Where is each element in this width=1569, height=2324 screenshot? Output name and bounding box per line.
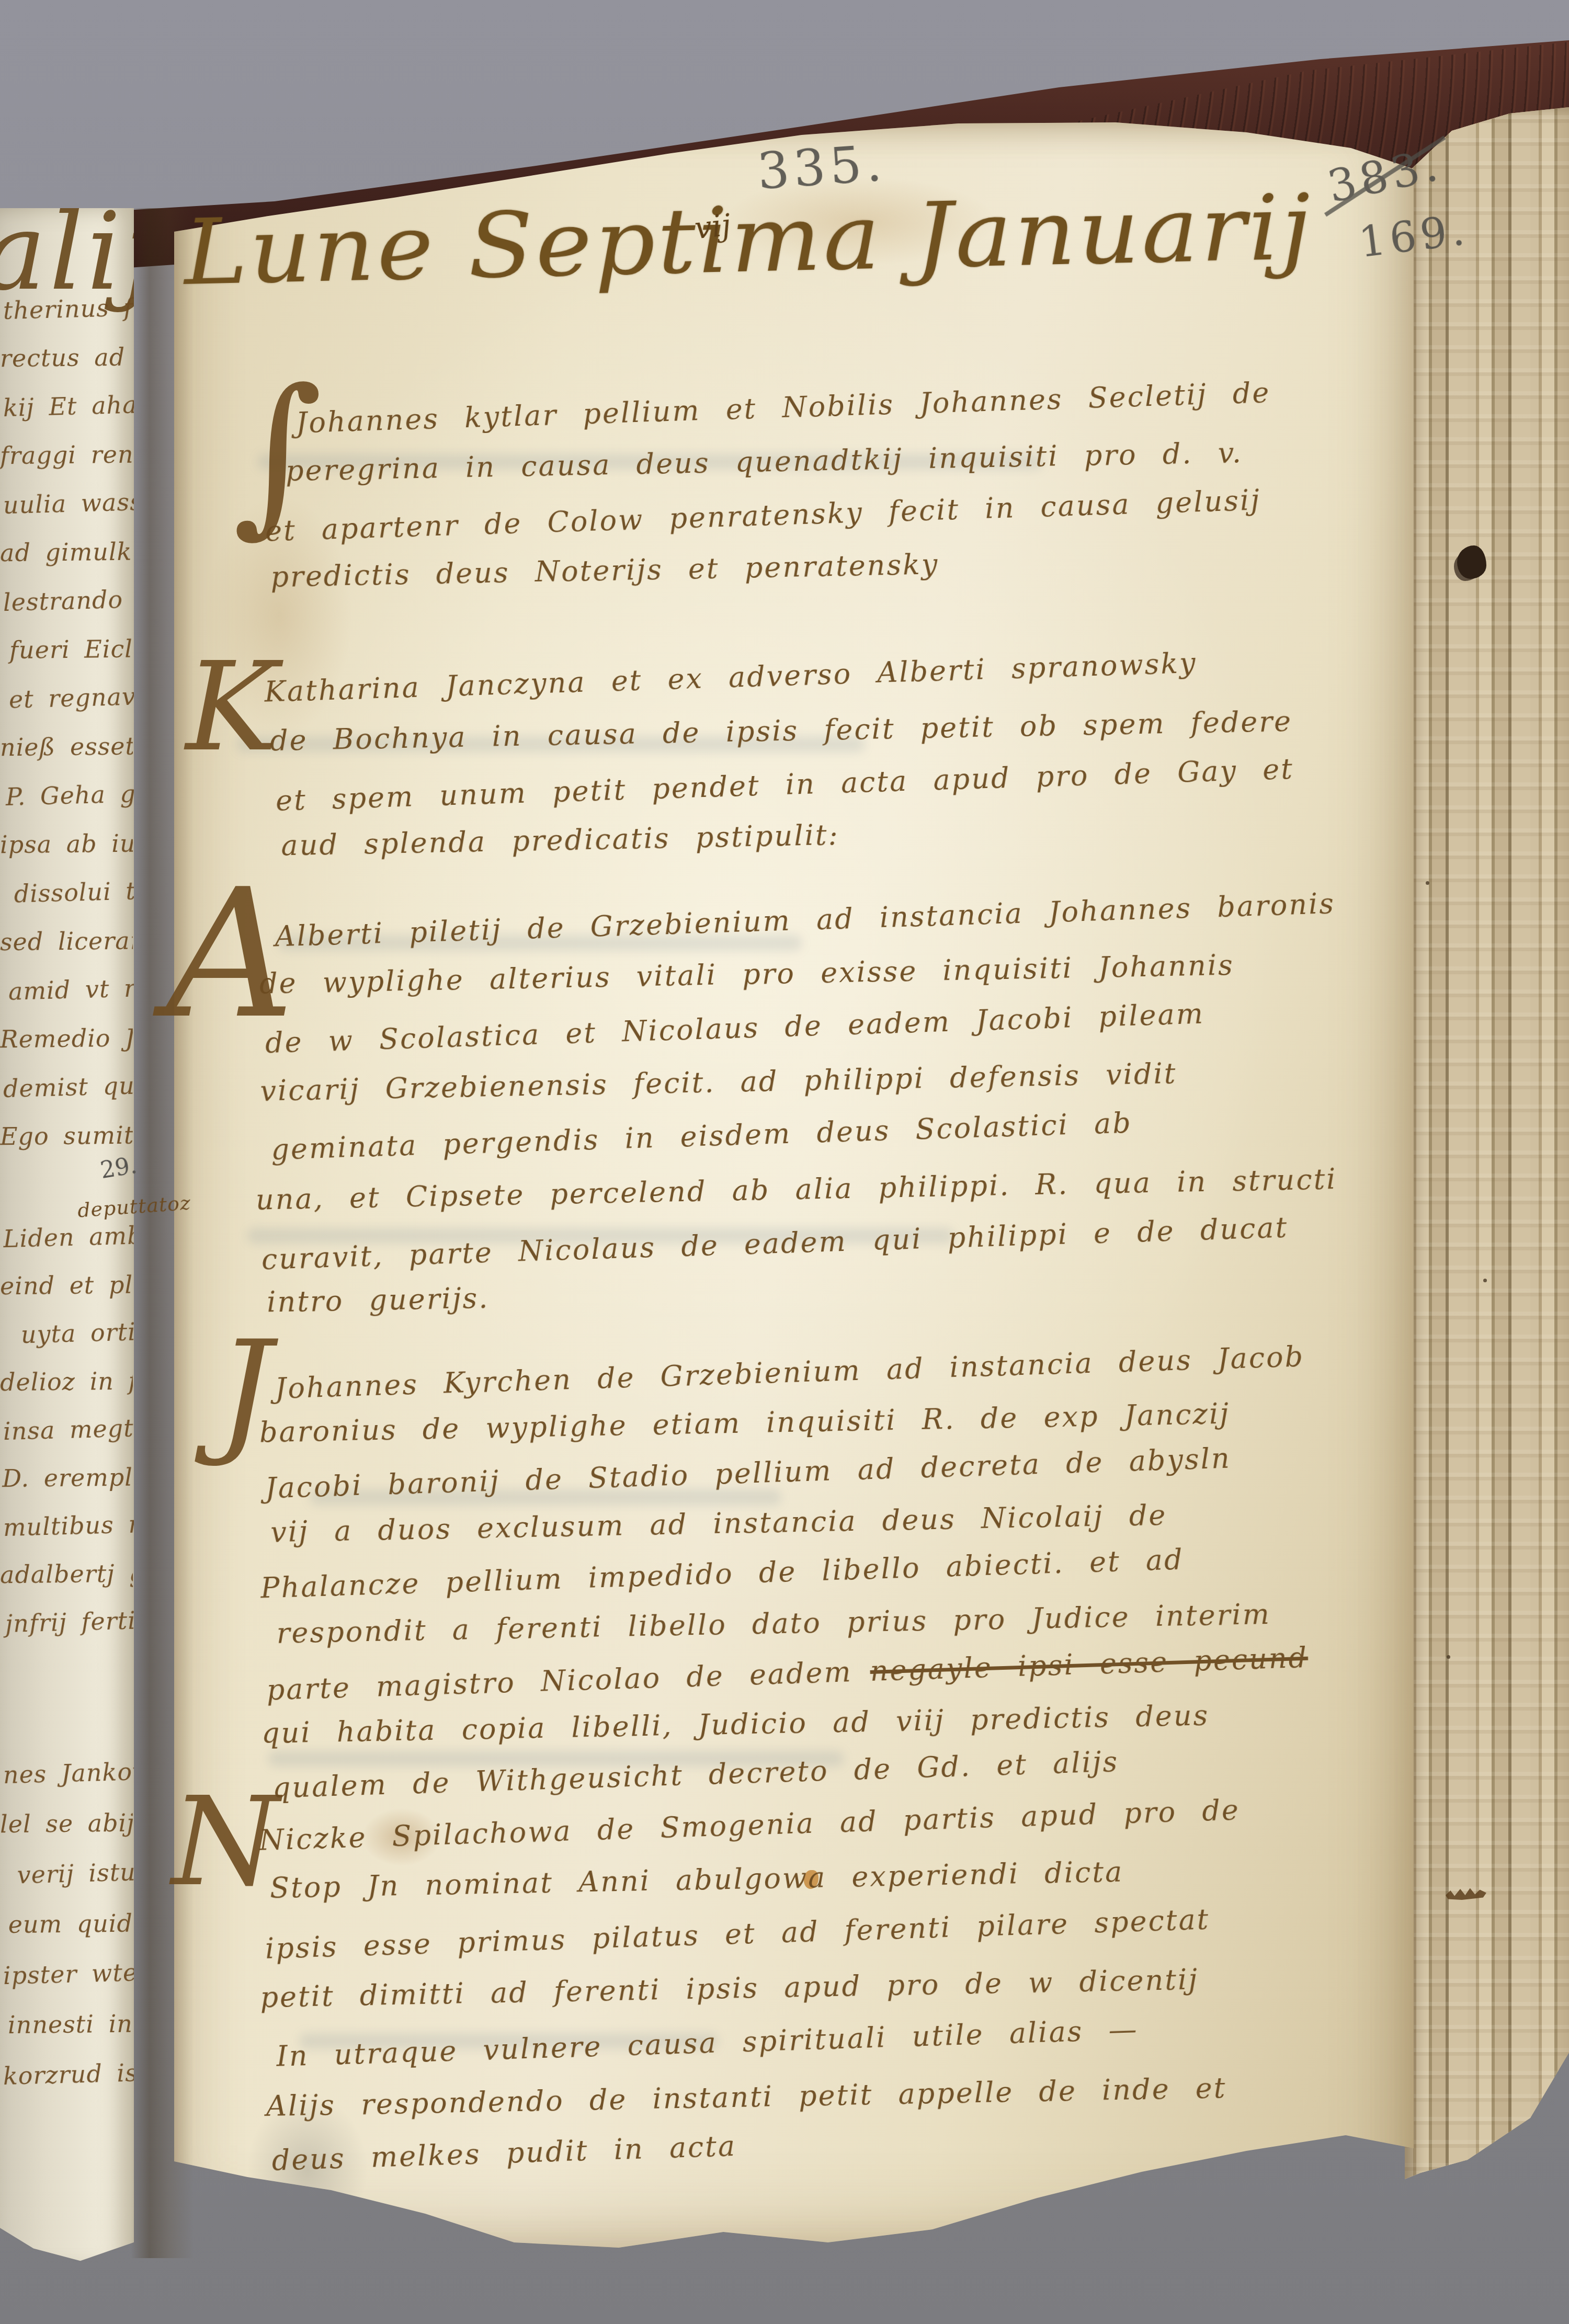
left-page-line-fragment: uulia wassit <box>3 480 134 532</box>
entry-initial: K <box>186 646 278 769</box>
left-page-line-fragment: fraggi renikend <box>0 432 133 482</box>
left-page-line-fragment: multibus m <box>3 1502 134 1554</box>
left-page-line-fragment: therinus fhr <box>3 285 134 337</box>
left-page-line-fragment: demist quia <box>3 1063 134 1115</box>
manuscript-photo: alij therinus fhr rectus ad a kij Et aha… <box>0 0 1569 2324</box>
fore-edge-page-stack <box>1405 107 1569 2194</box>
gutter-shadow <box>131 208 194 2258</box>
left-page-line-fragment: ad gimulkend <box>0 529 133 579</box>
left-page-line-fragment: D. erempl <box>0 1455 133 1505</box>
left-page-line-fragment: Remedio Ju <box>0 1016 133 1066</box>
left-page-line-fragment: Liden amb <box>3 1213 134 1265</box>
left-page-line-fragment: lel se abijs <box>0 1801 133 1852</box>
left-page-line-fragment: jnfrij ferti <box>3 1598 134 1650</box>
left-page-line-fragment: nes Jankov <box>3 1749 134 1803</box>
left-page-line-fragment: P. Geha g <box>3 771 134 824</box>
left-page-line-fragment: delioz in ful <box>0 1359 133 1408</box>
left-page-line-fragment: et regnav <box>3 674 134 726</box>
page-heading: Lune Septima Januarij <box>183 183 1314 298</box>
fore-edge-speck <box>1426 881 1429 885</box>
left-page-line-fragment: nieß essetu <box>0 724 133 774</box>
left-page-text-column: Liden amb eind et ple uyta orti delioz i… <box>0 1215 133 1648</box>
left-page-line-fragment: lestrando allig <box>3 577 134 629</box>
fore-edge-speck <box>1483 1279 1487 1282</box>
fore-edge-ink-scribble <box>1446 1884 1486 1900</box>
left-page-line-fragment: rectus ad a <box>0 335 133 385</box>
alternate-folio-number-pencil: 169. <box>1357 209 1471 264</box>
left-page-line-fragment: ipster wtend <box>3 1950 134 2004</box>
fore-edge-ink-blot <box>1457 545 1486 579</box>
left-page-line-fragment: korzrud ist <box>3 2050 134 2104</box>
left-facing-page: alij therinus fhr rectus ad a kij Et aha… <box>0 208 134 2271</box>
left-page-line-fragment: verij istu <box>3 1850 134 1904</box>
entry-initial: A <box>166 865 295 1043</box>
left-page-line-fragment: eind et ple <box>0 1262 133 1312</box>
left-page-text-column: therinus fhr rectus ad a kij Et aha frag… <box>0 287 133 1162</box>
left-page-line-fragment: ipsa ab iuf <box>0 821 133 871</box>
left-page-line-fragment: eum quid <box>0 1901 133 1953</box>
left-page-text-column: nes Jankov lel se abijs verij istu eum q… <box>0 1751 133 2102</box>
entry-initial: ∫ <box>233 366 323 539</box>
left-page-line-fragment: fueri Eicl <box>0 626 133 677</box>
left-page-line-fragment: adalbertj gsta <box>0 1551 133 1601</box>
left-page-line-fragment: innesti in <box>0 2001 133 2053</box>
left-page-pencil-number: 29. <box>99 1154 139 1182</box>
left-page-line-fragment: sed liceram <box>0 918 133 969</box>
left-page-line-fragment: dissolui t <box>3 869 134 921</box>
fore-edge-speck <box>1447 1655 1450 1659</box>
left-page-line-fragment: kij Et aha <box>3 382 134 435</box>
left-page-line-fragment: insa megta h <box>3 1406 134 1457</box>
manuscript-line: intro guerijs. <box>267 1284 490 1316</box>
left-page-line-fragment: uyta orti <box>3 1309 134 1361</box>
left-page-line-fragment: amid vt r <box>3 966 134 1018</box>
heading-superscript: vij <box>693 210 732 244</box>
